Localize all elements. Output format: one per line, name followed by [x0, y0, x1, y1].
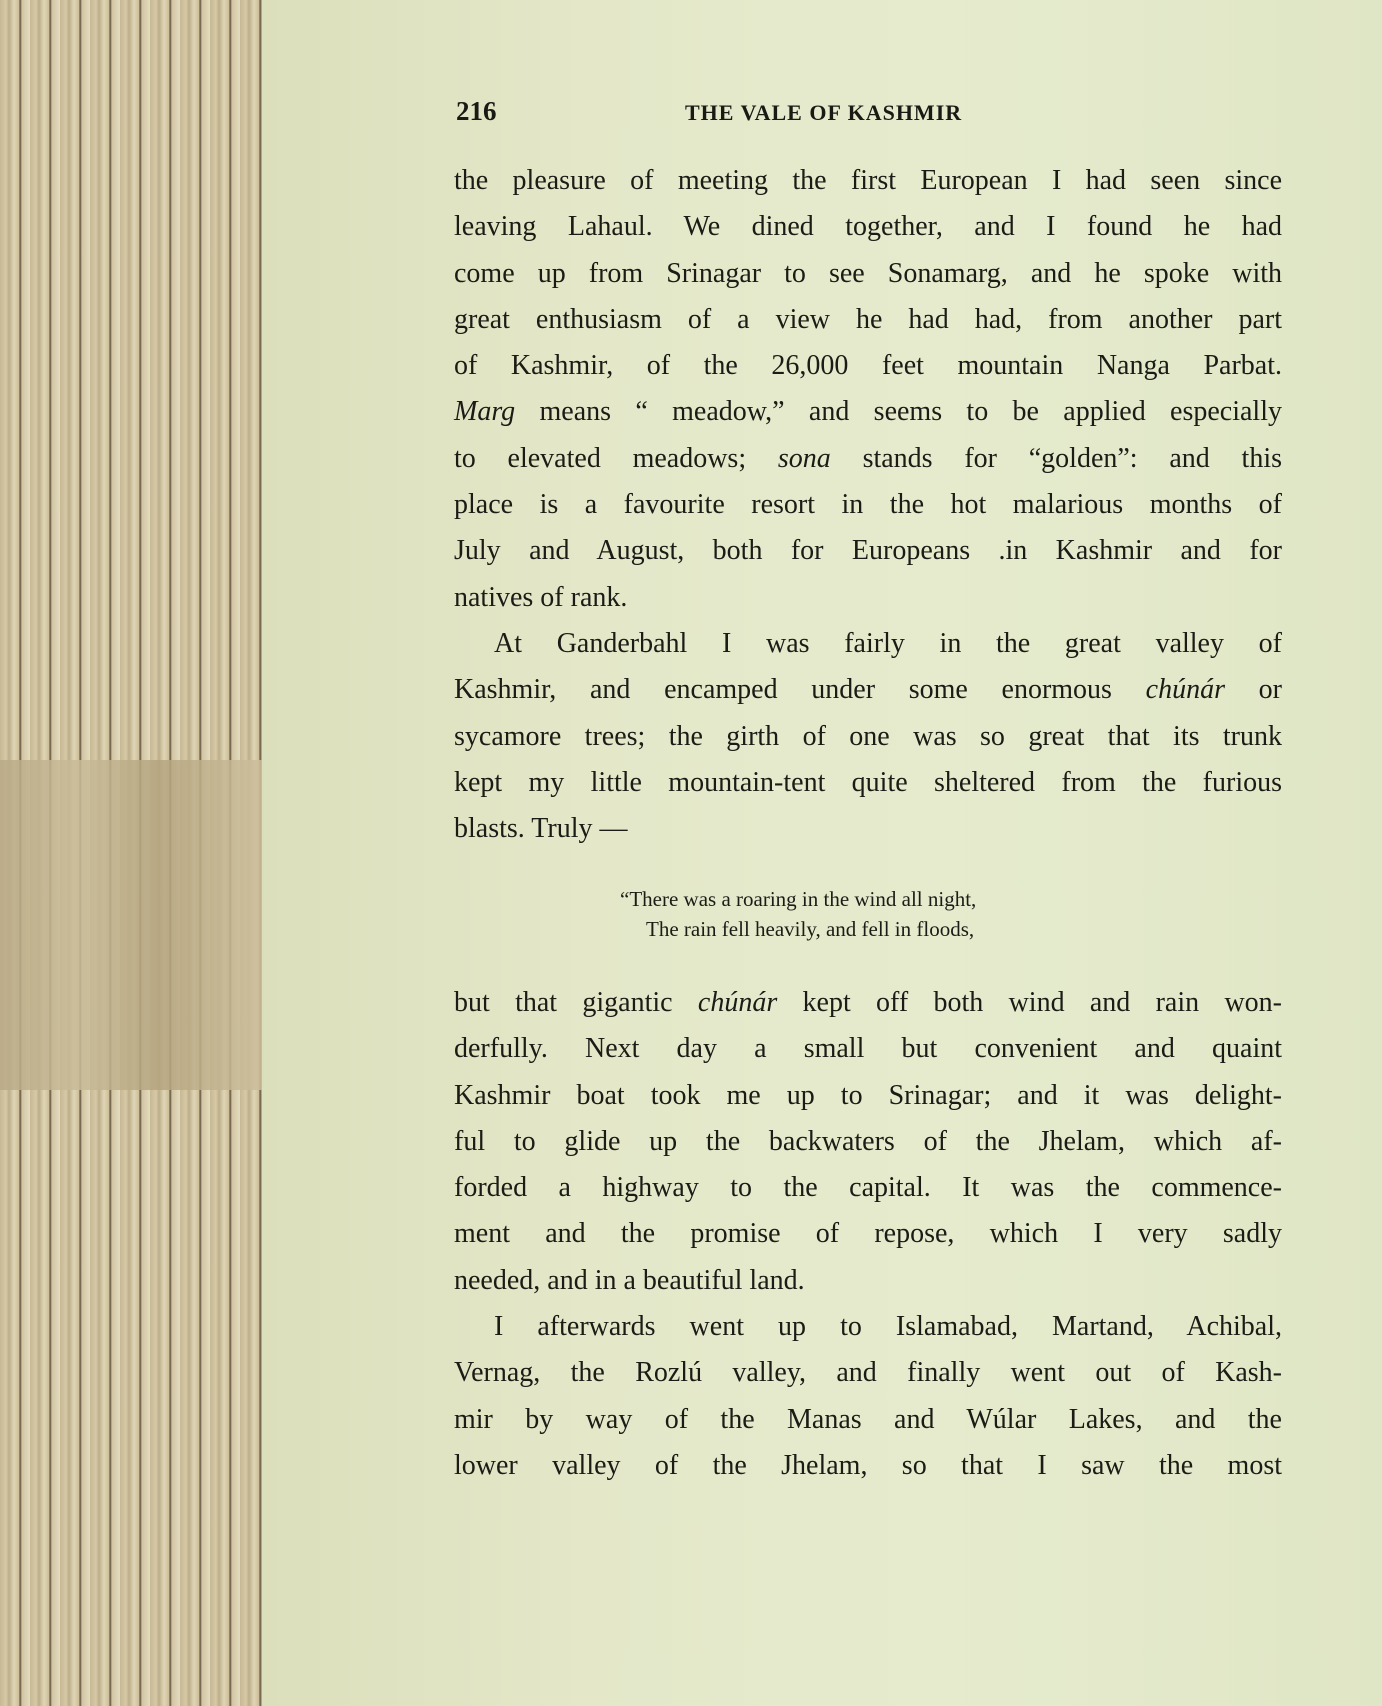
- text-line: to elevated meadows; sona stands for “go…: [454, 436, 1282, 482]
- text-line: Kashmir, and encamped under some enormou…: [454, 667, 1282, 713]
- text-line: sycamore trees; the girth of one was so …: [454, 714, 1282, 760]
- italic-term: Marg: [454, 396, 515, 427]
- text-line: leaving Lahaul. We dined together, and I…: [454, 204, 1282, 250]
- text-line: blasts. Truly —: [454, 806, 1282, 852]
- verse-line: “There was a roaring in the wind all nig…: [620, 884, 1220, 914]
- italic-term: chúnár: [698, 987, 777, 1018]
- italic-term: sona: [778, 443, 831, 474]
- text-line: needed, and in a beautiful land.: [454, 1258, 1282, 1304]
- italic-term: chúnár: [1146, 674, 1225, 705]
- body-text-upper: the pleasure of meeting the first Europe…: [454, 158, 1282, 852]
- text-line: Marg means “ meadow,” and seems to be ap…: [454, 389, 1282, 435]
- running-title: THE VALE OF KASHMIR: [685, 100, 962, 126]
- text-line: great enthusiasm of a view he had had, f…: [454, 297, 1282, 343]
- text-line: the pleasure of meeting the first Europe…: [454, 158, 1282, 204]
- text-line: but that gigantic chúnár kept off both w…: [454, 980, 1282, 1026]
- text-line: come up from Srinagar to see Sonamarg, a…: [454, 251, 1282, 297]
- text-line: natives of rank.: [454, 575, 1282, 621]
- text-line: derfully. Next day a small but convenien…: [454, 1026, 1282, 1072]
- body-text-lower: but that gigantic chúnár kept off both w…: [454, 980, 1282, 1489]
- text-line: of Kashmir, of the 26,000 feet mountain …: [454, 343, 1282, 389]
- page-number: 216: [456, 96, 497, 127]
- text-line: kept my little mountain-tent quite shelt…: [454, 760, 1282, 806]
- page-edges-blur-band: [0, 760, 262, 1090]
- text-line: July and August, both for Europeans .in …: [454, 528, 1282, 574]
- running-head: 216 THE VALE OF KASHMIR: [456, 96, 1056, 136]
- verse-line: The rain fell heavily, and fell in flood…: [620, 914, 1220, 944]
- text-line: mir by way of the Manas and Wúlar Lakes,…: [454, 1397, 1282, 1443]
- text-line: place is a favourite resort in the hot m…: [454, 482, 1282, 528]
- text-line: ment and the promise of repose, which I …: [454, 1211, 1282, 1257]
- text-line: At Ganderbahl I was fairly in the great …: [454, 621, 1282, 667]
- text-line: I afterwards went up to Islamabad, Marta…: [454, 1304, 1282, 1350]
- text-line: lower valley of the Jhelam, so that I sa…: [454, 1443, 1282, 1489]
- text-line: forded a highway to the capital. It was …: [454, 1165, 1282, 1211]
- text-line: ful to glide up the backwaters of the Jh…: [454, 1119, 1282, 1165]
- verse-quote: “There was a roaring in the wind all nig…: [620, 884, 1220, 944]
- text-line: Vernag, the Rozlú valley, and finally we…: [454, 1350, 1282, 1396]
- text-line: Kashmir boat took me up to Srinagar; and…: [454, 1073, 1282, 1119]
